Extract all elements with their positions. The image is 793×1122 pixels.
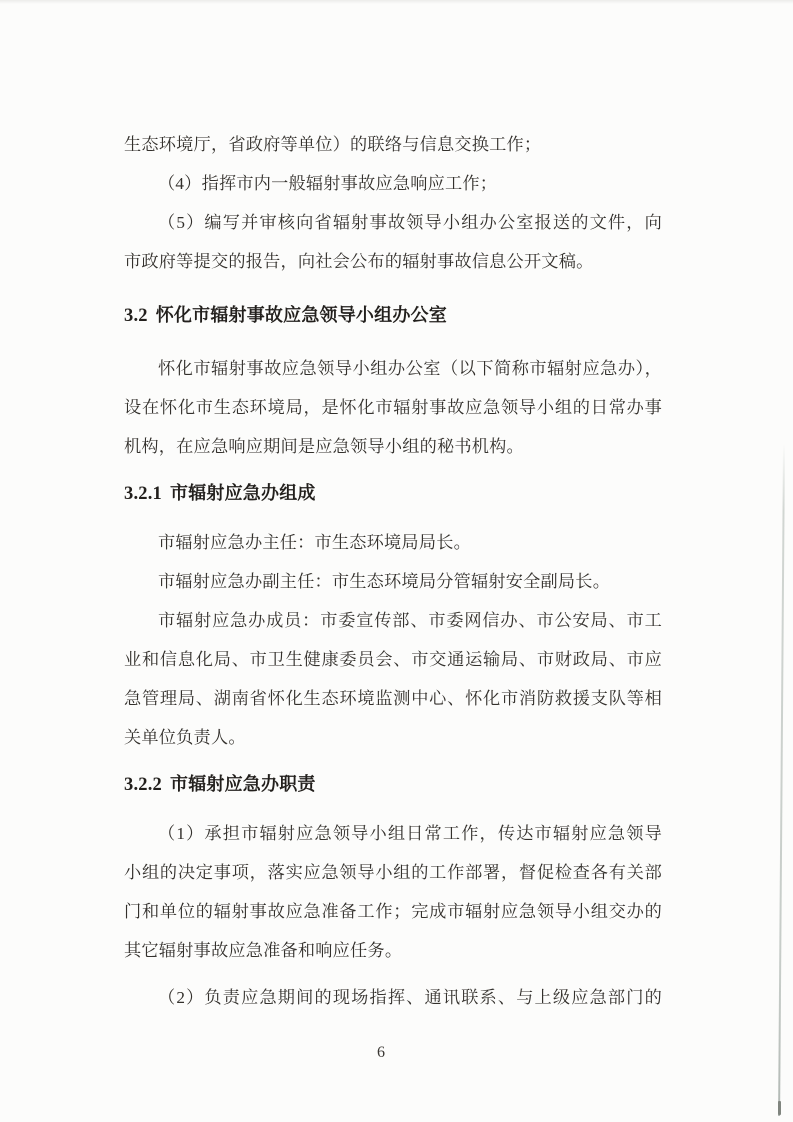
section-heading-3-2-1: 3.2.1市辐射应急办组成 (124, 474, 662, 514)
members-line-1: 市辐射应急办成员：市委宣传部、市委网信办、市公安局、市工 (124, 601, 662, 640)
list-item-5-line-2: 市政府等提交的报告，向社会公布的辐射事故信息公开文稿。 (124, 242, 662, 281)
duty-2-line-1: （2）负责应急期间的现场指挥、通讯联系、与上级应急部门的 (124, 978, 662, 1017)
section-3-2-paragraph-line-1: 怀化市辐射事故应急领导小组办公室（以下简称市辐射应急办）， (124, 349, 662, 388)
members-line-2: 业和信息化局、市卫生健康委员会、市交通运输局、市财政局、市应 (124, 640, 662, 679)
section-title: 市辐射应急办职责 (170, 774, 316, 794)
members-line-4: 关单位负责人。 (124, 718, 662, 757)
duty-1-line-1: （1）承担市辐射应急领导小组日常工作，传达市辐射应急领导 (124, 814, 662, 853)
director-line: 市辐射应急办主任：市生态环境局局长。 (124, 523, 662, 562)
section-3-2-paragraph-line-2: 设在怀化市生态环境局，是怀化市辐射事故应急领导小组的日常办事 (124, 388, 662, 427)
section-number: 3.2.2 (124, 775, 162, 795)
scan-artifact-line (778, 444, 784, 1116)
section-heading-3-2-2: 3.2.2市辐射应急办职责 (124, 765, 662, 805)
duty-1-line-3: 门和单位的辐射事故应急准备工作；完成市辐射应急领导小组交办的 (124, 892, 662, 931)
deputy-director-line: 市辐射应急办副主任：市生态环境局分管辐射安全副局长。 (124, 562, 662, 601)
document-page: 生态环境厅，省政府等单位）的联络与信息交换工作； （4）指挥市内一般辐射事故应急… (0, 0, 793, 1122)
duty-1-line-2: 小组的决定事项，落实应急领导小组的工作部署，督促检查各有关部 (124, 853, 662, 892)
duty-1-line-4: 其它辐射事故应急准备和响应任务。 (124, 931, 662, 970)
list-item-5-line-1: （5）编写并审核向省辐射事故领导小组办公室报送的文件，向 (124, 203, 662, 242)
section-title: 市辐射应急办组成 (170, 483, 316, 503)
members-line-3: 急管理局、湖南省怀化生态环境监测中心、怀化市消防救援支队等相 (124, 679, 662, 718)
document-body: 生态环境厅，省政府等单位）的联络与信息交换工作； （4）指挥市内一般辐射事故应急… (124, 125, 662, 1017)
continued-paragraph-tail-line: 生态环境厅，省政府等单位）的联络与信息交换工作； (124, 125, 662, 164)
section-number: 3.2.1 (124, 484, 162, 504)
section-title: 怀化市辐射事故应急领导小组办公室 (156, 305, 447, 325)
section-heading-3-2: 3.2怀化市辐射事故应急领导小组办公室 (124, 296, 662, 336)
page-number: 6 (0, 1038, 762, 1068)
scan-edge-shadow (0, 0, 793, 4)
section-number: 3.2 (124, 306, 148, 326)
scan-artifact-mark (778, 1101, 781, 1115)
section-3-2-paragraph-line-3: 机构，在应急响应期间是应急领导小组的秘书机构。 (124, 427, 662, 466)
list-item-4: （4）指挥市内一般辐射事故应急响应工作； (124, 164, 662, 203)
